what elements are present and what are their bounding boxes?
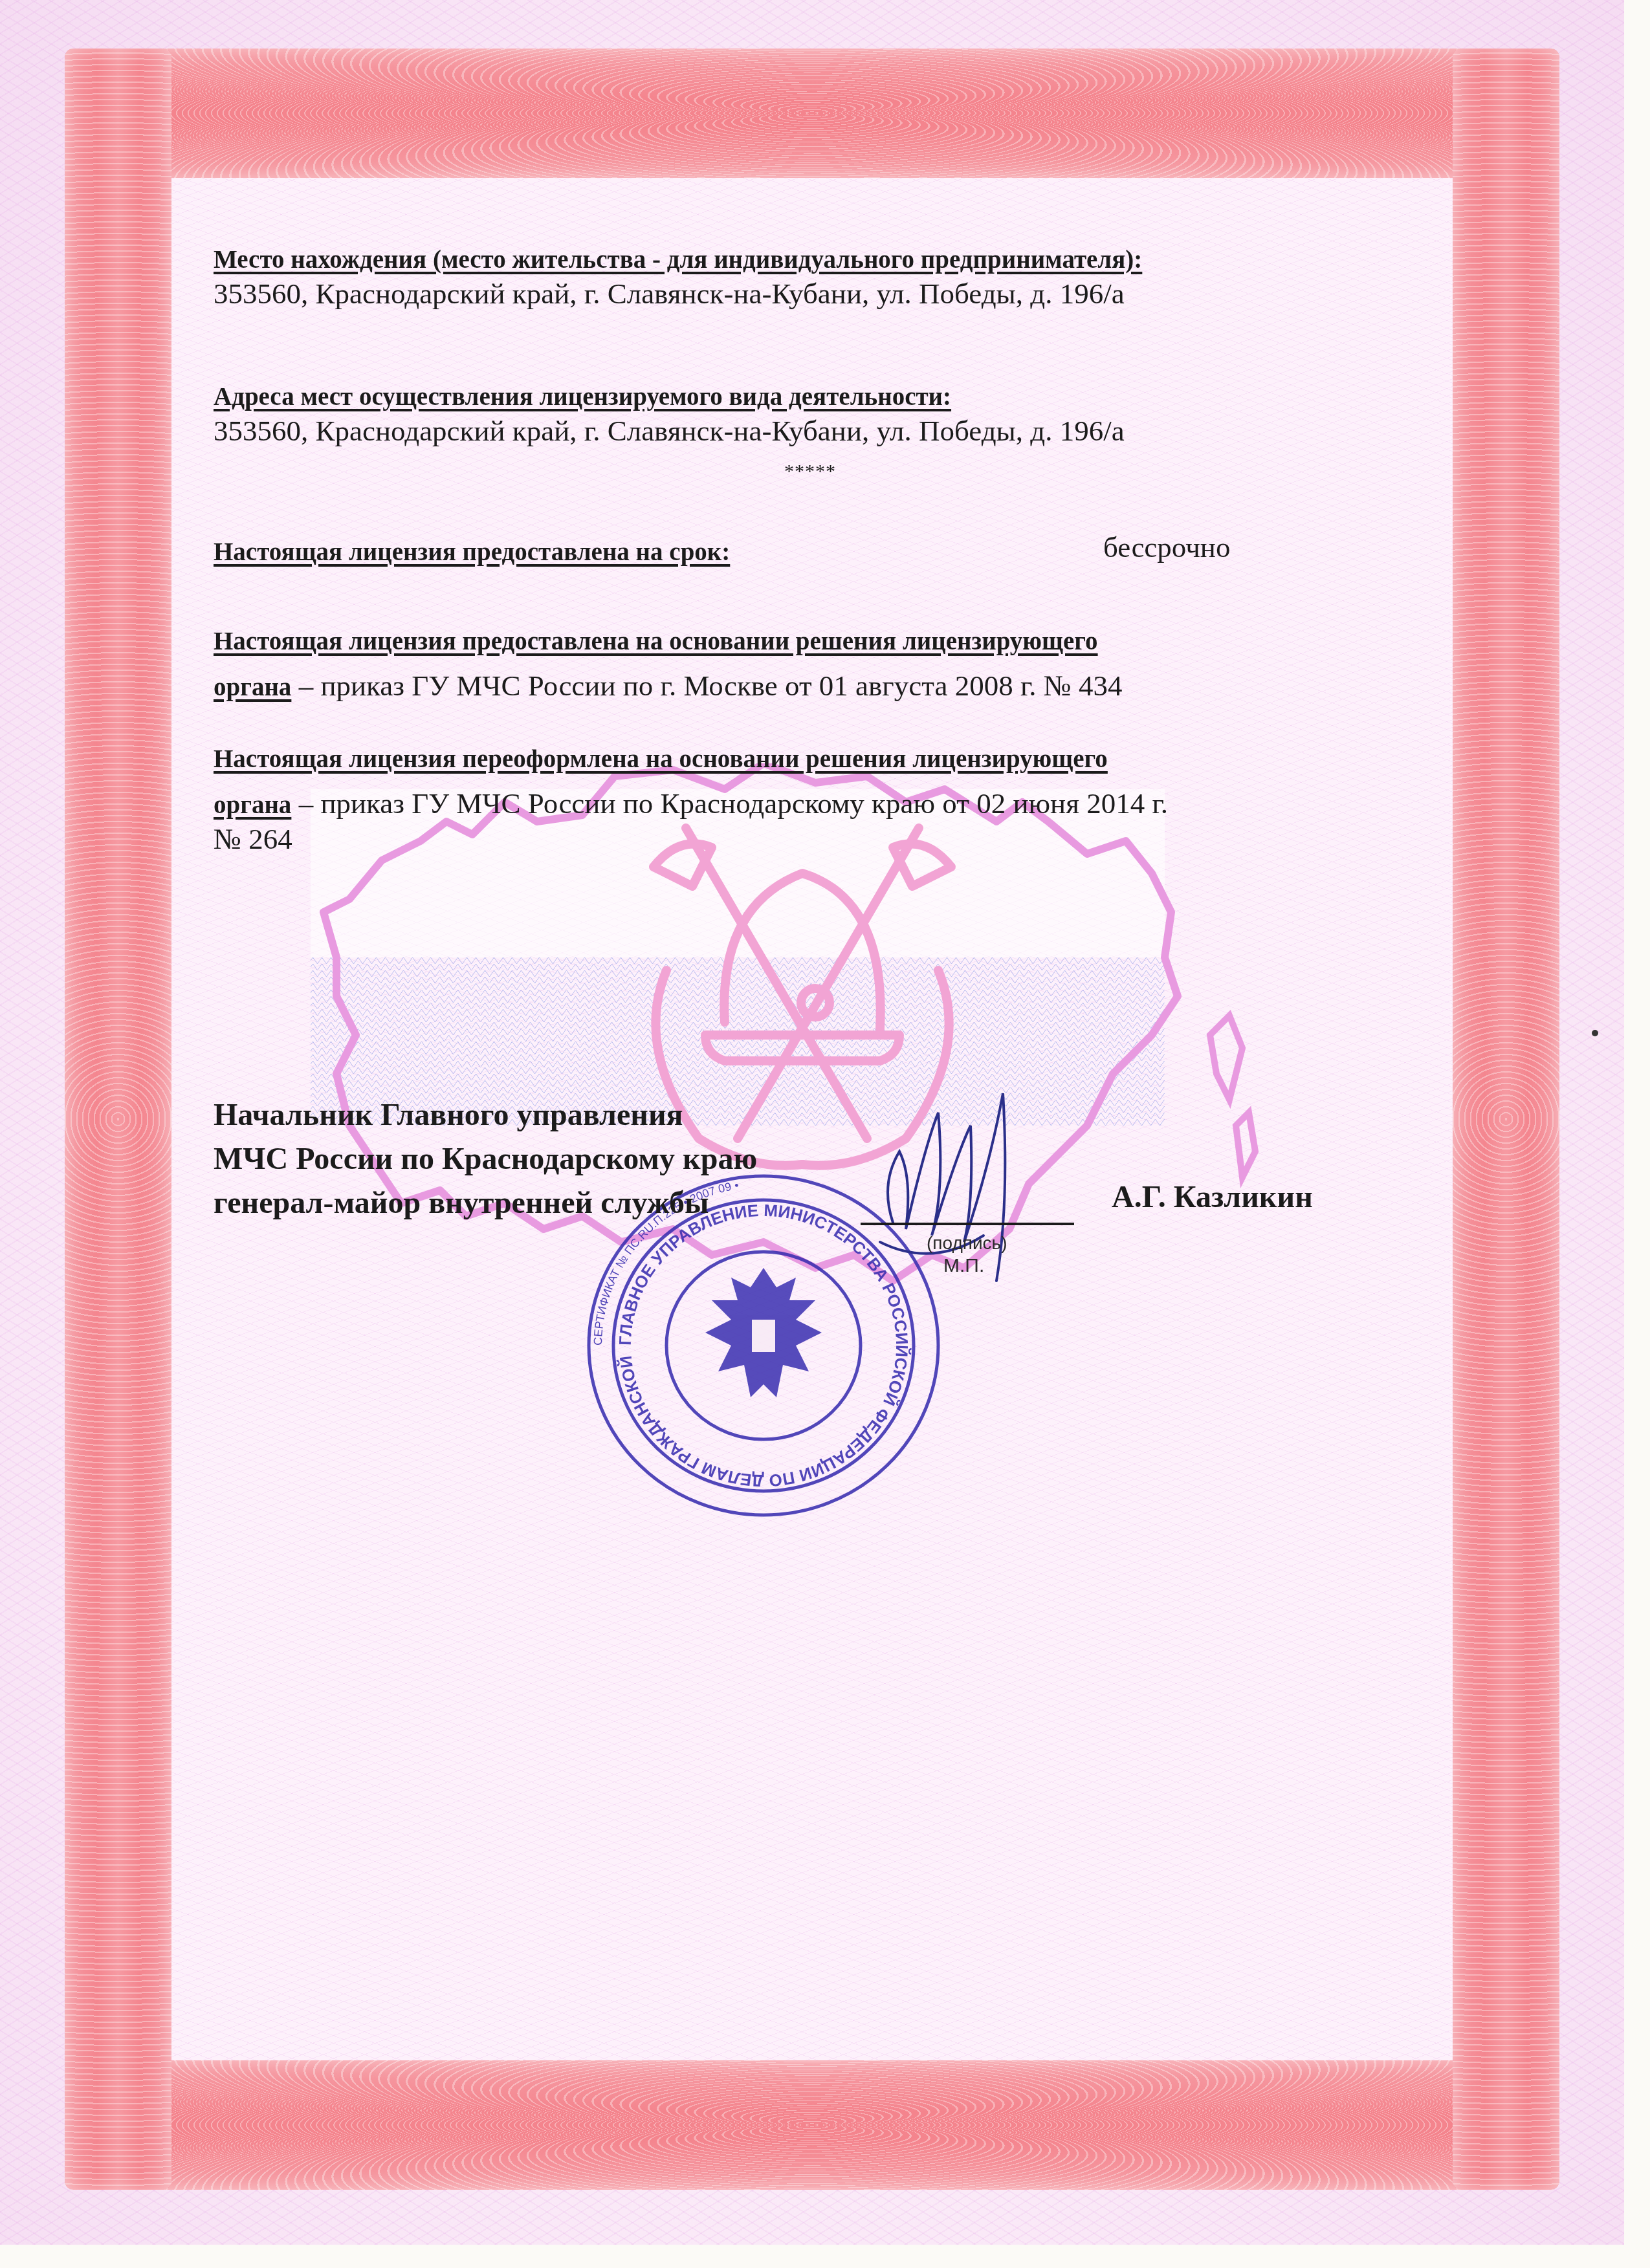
license-basis-value: – приказ ГУ МЧС России по г. Москве от 0… xyxy=(291,670,1122,702)
location-label: Место нахождения (место жительства - для… xyxy=(214,246,1142,274)
activity-addresses-value: 353560, Краснодарский край, г. Славянск-… xyxy=(214,413,1125,449)
signature-caption: (подпись) xyxy=(927,1233,1007,1254)
signatory-position: Начальник Главного управления МЧС России… xyxy=(214,1093,757,1225)
license-term-section: Настоящая лицензия предоставлена на срок… xyxy=(214,537,730,568)
activity-addresses-section: Адреса мест осуществления лицензируемого… xyxy=(214,382,1125,449)
license-reissue-section: Настоящая лицензия переоформлена на осно… xyxy=(214,744,1430,857)
signatory-position-line3: генерал-майор внутренней службы xyxy=(214,1181,757,1225)
license-basis-label: Настоящая лицензия предоставлена на осно… xyxy=(214,627,1098,655)
license-basis-label-cont: органа xyxy=(214,673,291,701)
license-basis-section: Настоящая лицензия предоставлена на осно… xyxy=(214,626,1123,703)
double-headed-eagle-icon xyxy=(705,1268,822,1397)
signatory-position-line2: МЧС России по Краснодарскому краю xyxy=(214,1137,757,1181)
seal-caption: М.П. xyxy=(943,1255,984,1277)
location-value: 353560, Краснодарский край, г. Славянск-… xyxy=(214,276,1142,312)
license-reissue-label: Настоящая лицензия переоформлена на осно… xyxy=(214,745,1108,773)
scan-speck xyxy=(1592,1030,1598,1036)
section-separator: ***** xyxy=(784,461,836,483)
location-section: Место нахождения (место жительства - для… xyxy=(214,245,1142,312)
signatory-name: А.Г. Казликин xyxy=(1112,1179,1313,1215)
signatory-position-line1: Начальник Главного управления xyxy=(214,1093,757,1137)
license-reissue-number: № 264 xyxy=(214,821,1430,857)
license-term-value: бессрочно xyxy=(1103,530,1230,564)
scan-margin-right xyxy=(1624,0,1650,2268)
license-term-label: Настоящая лицензия предоставлена на срок… xyxy=(214,538,730,566)
frame-border-left xyxy=(65,49,171,2190)
scan-margin-bottom xyxy=(0,2245,1650,2268)
license-reissue-label-cont: органа xyxy=(214,791,291,819)
activity-addresses-label: Адреса мест осуществления лицензируемого… xyxy=(214,383,951,411)
frame-border-bottom xyxy=(65,2060,1559,2190)
license-reissue-value: – приказ ГУ МЧС России по Краснодарскому… xyxy=(291,787,1168,820)
frame-border-top xyxy=(65,49,1559,178)
signature-line xyxy=(861,1223,1074,1225)
